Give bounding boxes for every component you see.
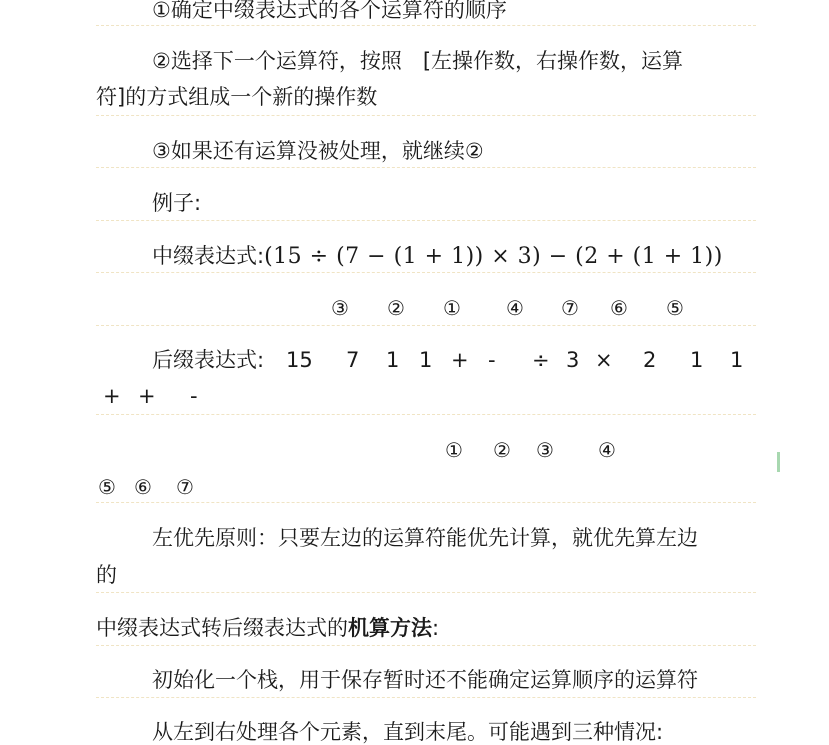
process-text: 从左到右处理各个元素，直到末尾。可能遇到三种情况: <box>96 714 756 745</box>
order-marker: ⑦ <box>561 296 579 320</box>
postfix-token: - <box>488 345 496 375</box>
postfix-token: 15 <box>286 345 313 375</box>
order-marker: ① <box>443 296 461 320</box>
infix-label: 中缀表达式: <box>152 244 264 268</box>
order-marker: ④ <box>598 438 616 462</box>
example-label: 例子: <box>96 185 756 221</box>
principle-line1: 左优先原则：只要左边的运算符能优先计算，就优先算左边 <box>96 520 756 556</box>
divider <box>96 25 756 26</box>
order-marker: ② <box>493 438 511 462</box>
infix-expression-row: 中缀表达式:(15 ÷ (7 − (1 + 1)) × 3) − (2 + (1… <box>96 238 756 275</box>
step-2-text-line2: 符]的方式组成一个新的操作数 <box>96 79 756 115</box>
step-2-text-line1: ②选择下一个运算符，按照 [左操作数，右操作数，运算 <box>96 43 756 79</box>
scroll-indicator[interactable] <box>777 452 780 472</box>
postfix-token: - <box>190 381 198 411</box>
postfix-token: 1 <box>690 345 703 375</box>
step-1-text: ①确定中缀表达式的各个运算符的顺序 <box>96 0 756 28</box>
postfix-token: 1 <box>386 345 399 375</box>
postfix-token: + <box>451 345 469 375</box>
infix-expression: (15 ÷ (7 − (1 + 1)) × 3) − (2 + (1 + 1)) <box>264 244 723 269</box>
postfix-token: 1 <box>730 345 743 375</box>
machine-method-heading: 中缀表达式转后缀表达式的机算方法: <box>96 610 756 646</box>
postfix-token: ÷ <box>532 345 550 375</box>
init-stack-text: 初始化一个栈，用于保存暂时还不能确定运算顺序的运算符 <box>96 662 756 698</box>
divider <box>96 592 756 593</box>
machine-method-prefix: 中缀表达式转后缀表达式的 <box>96 616 348 640</box>
postfix-token: + <box>103 381 121 411</box>
postfix-token: 2 <box>643 345 656 375</box>
order-marker: ② <box>387 296 405 320</box>
postfix-token: 1 <box>419 345 432 375</box>
divider <box>96 167 756 168</box>
postfix-token: 3 <box>566 345 579 375</box>
order-marker: ⑤ <box>98 475 116 499</box>
order-marker: ⑤ <box>666 296 684 320</box>
divider <box>96 115 756 116</box>
postfix-token: 7 <box>346 345 359 375</box>
divider <box>96 502 756 503</box>
order-marker: ③ <box>331 296 349 320</box>
divider <box>96 414 756 415</box>
divider <box>96 272 756 273</box>
divider <box>96 220 756 221</box>
order-marker: ④ <box>506 296 524 320</box>
machine-method-bold: 机算方法 <box>348 616 432 640</box>
postfix-token: × <box>595 345 613 375</box>
order-marker: ⑥ <box>610 296 628 320</box>
divider <box>96 697 756 698</box>
machine-method-suffix: : <box>432 616 439 640</box>
divider <box>96 325 756 326</box>
step-3-text: ③如果还有运算没被处理，就继续② <box>96 133 756 169</box>
postfix-token: + <box>138 381 156 411</box>
order-marker: ③ <box>536 438 554 462</box>
order-marker: ⑥ <box>134 475 152 499</box>
principle-line2: 的 <box>96 557 756 593</box>
divider <box>96 645 756 646</box>
order-marker: ① <box>445 438 463 462</box>
order-marker: ⑦ <box>176 475 194 499</box>
